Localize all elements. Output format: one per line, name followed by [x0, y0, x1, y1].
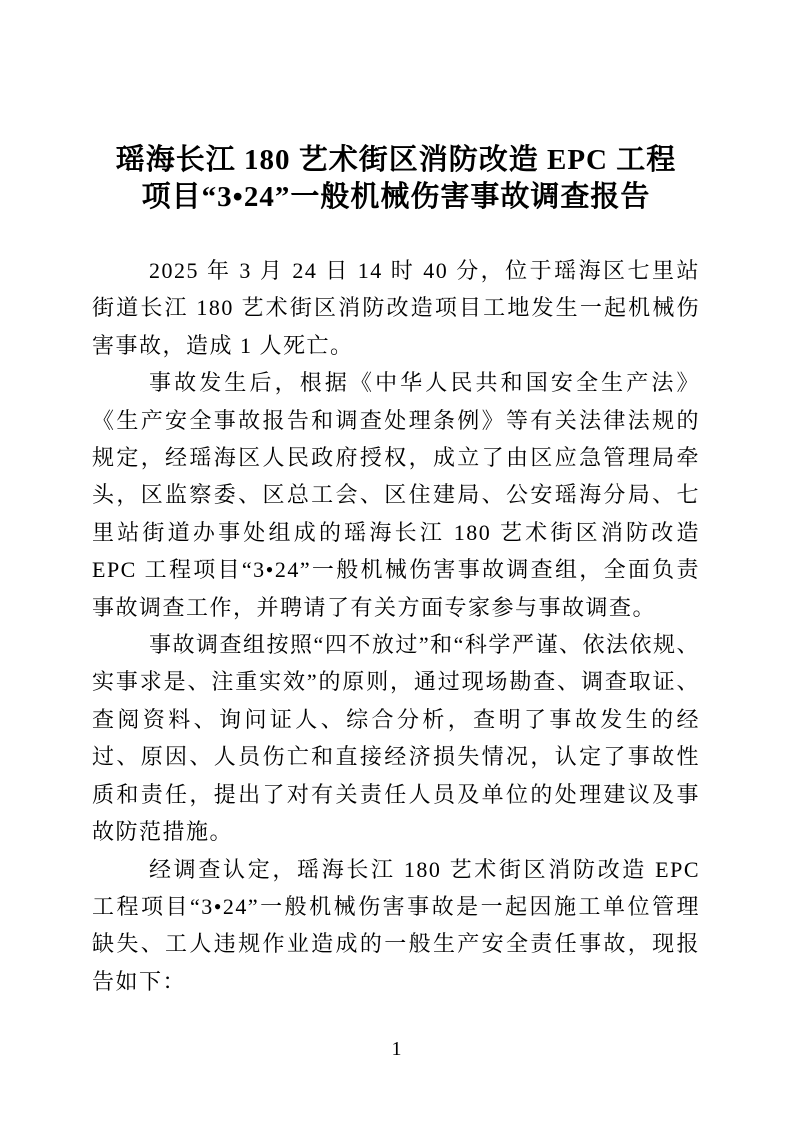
- paragraph-accident-overview: 2025 年 3 月 24 日 14 时 40 分，位于瑶海区七里站街道长江 1…: [92, 252, 700, 364]
- paragraph-investigation-team: 事故发生后，根据《中华人民共和国安全生产法》《生产安全事故报告和调查处理条例》等…: [92, 364, 700, 626]
- page-number: 1: [0, 1036, 793, 1062]
- paragraph-investigation-principles: 事故调查组按照“四不放过”和“科学严谨、依法依规、实事求是、注重实效”的原则，通…: [92, 626, 700, 850]
- document-page: 瑶海长江 180 艺术街区消防改造 EPC 工程 项目“3•24”一般机械伤害事…: [0, 0, 793, 1122]
- document-title: 瑶海长江 180 艺术街区消防改造 EPC 工程 项目“3•24”一般机械伤害事…: [92, 142, 700, 216]
- paragraph-conclusion: 经调查认定，瑶海长江 180 艺术街区消防改造 EPC 工程项目“3•24”一般…: [92, 851, 700, 1001]
- document-body: 2025 年 3 月 24 日 14 时 40 分，位于瑶海区七里站街道长江 1…: [92, 252, 700, 1000]
- title-line-2: 项目“3•24”一般机械伤害事故调查报告: [92, 179, 700, 216]
- title-line-1: 瑶海长江 180 艺术街区消防改造 EPC 工程: [92, 142, 700, 179]
